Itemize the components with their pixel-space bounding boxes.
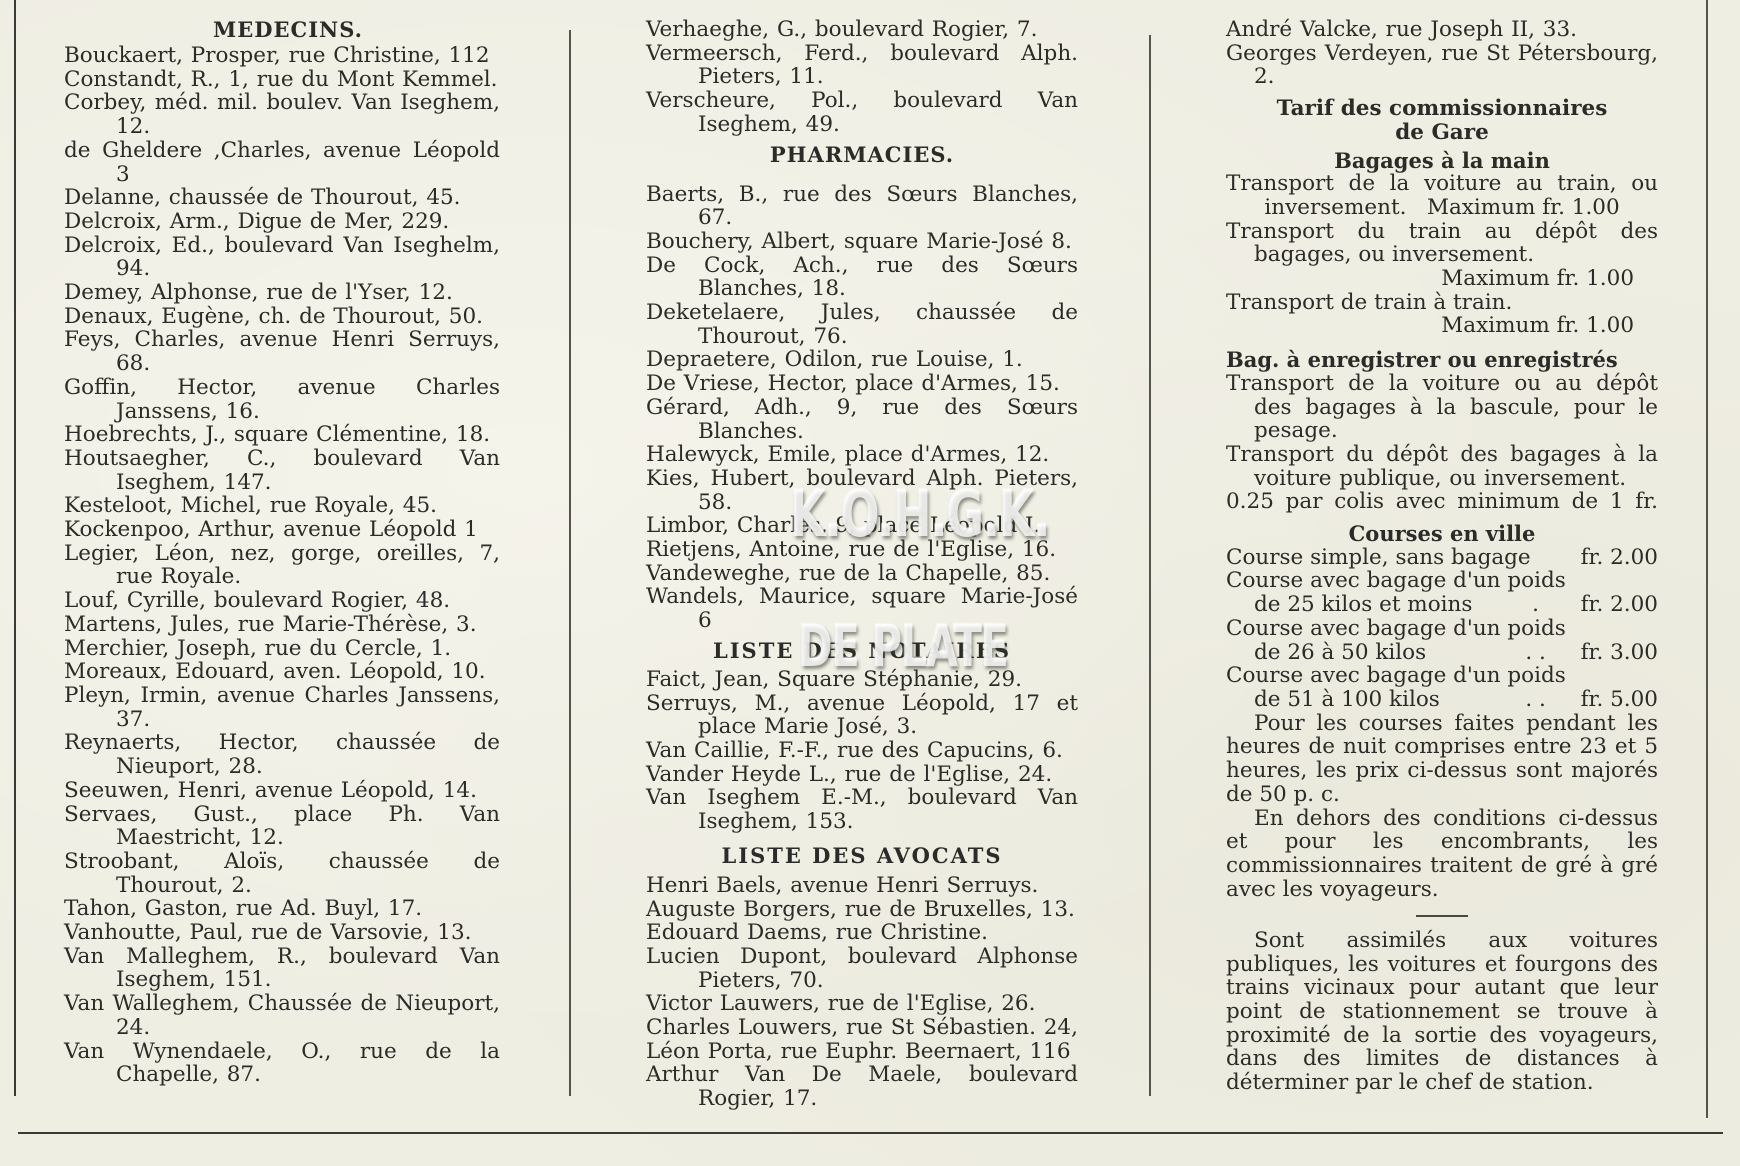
pharmacie-entry: Limbor, Charles, 9, place Léopold I. xyxy=(646,514,1078,538)
medecins-list: Bouckaert, Prosper, rue Christine, 112Co… xyxy=(64,44,500,1087)
bottom-rule xyxy=(18,1132,1723,1134)
course-label: Course avec bagage d'un poids xyxy=(1226,664,1658,688)
tarif-title-line1: Tarif des commissionnaires xyxy=(1226,97,1658,121)
course-sub: de 25 kilos et moins xyxy=(1254,593,1491,617)
medecin-entry: Van Malleghem, R., boulevard Van Iseghem… xyxy=(64,945,500,992)
course-row: Course avec bagage d'un poids de 26 à 50… xyxy=(1226,617,1658,664)
course-sub: de 26 à 50 kilos xyxy=(1254,641,1491,665)
pharmacie-entry: Rietjens, Antoine, rue de l'Eglise, 16. xyxy=(646,538,1078,562)
bagages-enreg-item: Transport de la voiture ou au dépôt des … xyxy=(1226,372,1658,443)
heading-bagages-enregistres: Bag. à enregistrer ou enregistrés xyxy=(1226,348,1658,372)
medecin-entry: Hoebrechts, J., square Clémentine, 18. xyxy=(64,423,500,447)
avocat-entry: Victor Lauwers, rue de l'Eglise, 26. xyxy=(646,992,1078,1016)
column-divider-2 xyxy=(1149,35,1151,1096)
medecin-entry: Houtsaegher, C., boulevard Van Iseghem, … xyxy=(64,447,500,494)
pharmacie-entry: De Vriese, Hector, place d'Armes, 15. xyxy=(646,372,1078,396)
medecin-entry: Kesteloot, Michel, rue Royale, 45. xyxy=(64,494,500,518)
avocat-entry: Arthur Van De Maele, boulevard Rogier, 1… xyxy=(646,1063,1078,1110)
medecins-list-continued: Verhaeghe, G., boulevard Rogier, 7.Verme… xyxy=(646,18,1078,137)
avocats-list-continued: André Valcke, rue Joseph II, 33.Georges … xyxy=(1226,18,1658,89)
section-heading-medecins: MEDECINS. xyxy=(64,18,500,42)
medecin-entry: Feys, Charles, avenue Henri Serruys, 68. xyxy=(64,328,500,375)
other-conditions-note: En dehors des conditions ci-dessus et po… xyxy=(1226,807,1658,902)
medecin-entry: Louf, Cyrille, boulevard Rogier, 48. xyxy=(64,589,500,613)
scanned-page: MEDECINS. Bouckaert, Prosper, rue Christ… xyxy=(0,0,1740,1166)
course-label: Course avec bagage d'un poids xyxy=(1226,569,1658,593)
tarif-title: Tarif des commissionnaires de Gare xyxy=(1226,97,1658,144)
heading-bagages-main: Bagages à la main xyxy=(1226,149,1658,173)
bagages-main-item: Transport de train à train. Maximum fr. … xyxy=(1226,291,1658,338)
tariff-text-cont: bagages, ou inversement. xyxy=(1226,243,1658,267)
course-label: Course avec bagage d'un poids xyxy=(1226,617,1658,641)
max-price: Maximum fr. 1.00 xyxy=(1226,267,1658,291)
assimilation-note: Sont assimilés aux voitures publiques, l… xyxy=(1226,929,1658,1095)
avocat-entry: Léon Porta, rue Euphr. Beernaert, 116 xyxy=(646,1040,1078,1064)
medecin-entry: Delanne, chaussée de Thourout, 45. xyxy=(64,186,500,210)
medecin-entry: Verscheure, Pol., boulevard Van Iseghem,… xyxy=(646,89,1078,136)
leader-dots: . . xyxy=(1491,688,1581,712)
medecin-entry: Merchier, Joseph, rue du Cercle, 1. xyxy=(64,637,500,661)
tariff-text: Transport de train à train. xyxy=(1226,291,1658,315)
medecin-entry: Denaux, Eugène, ch. de Thourout, 50. xyxy=(64,305,500,329)
notaires-list: Faict, Jean, Square Stéphanie, 29.Serruy… xyxy=(646,668,1078,834)
notaire-entry: Vander Heyde L., rue de l'Eglise, 24. xyxy=(646,763,1078,787)
course-sub: de 51 à 100 kilos xyxy=(1254,688,1491,712)
pharmacie-entry: Wandels, Maurice, square Marie-José 6 xyxy=(646,585,1078,632)
bagages-main-item: Transport de la voiture au train, ou inv… xyxy=(1226,172,1658,219)
tariff-text: Transport du train au dépôt des xyxy=(1226,220,1658,244)
medecin-entry: Demey, Alphonse, rue de l'Yser, 12. xyxy=(64,281,500,305)
tarif-title-line2: de Gare xyxy=(1226,121,1658,145)
course-price: fr. 2.00 xyxy=(1581,593,1658,617)
medecin-entry: Pleyn, Irmin, avenue Charles Janssens, 3… xyxy=(64,684,500,731)
notaire-entry: Faict, Jean, Square Stéphanie, 29. xyxy=(646,668,1078,692)
column-right: André Valcke, rue Joseph II, 33.Georges … xyxy=(1226,18,1658,1095)
right-border-rule xyxy=(1706,0,1708,1118)
pharmacie-entry: Depraetere, Odilon, rue Louise, 1. xyxy=(646,348,1078,372)
bagages-enreg-item: Transport du dépôt des bagages à la voit… xyxy=(1226,443,1658,490)
medecin-entry: Legier, Léon, nez, gorge, oreilles, 7, r… xyxy=(64,542,500,589)
section-heading-notaires: LISTE DES NOTAIRES xyxy=(646,639,1078,663)
avocat-entry: André Valcke, rue Joseph II, 33. xyxy=(1226,18,1658,42)
avocat-entry: Edouard Daems, rue Christine. xyxy=(646,921,1078,945)
pharmacies-list: Baerts, B., rue des Sœurs Blanches, 67.B… xyxy=(646,183,1078,633)
leader-dots: . xyxy=(1491,593,1581,617)
notaire-entry: Serruys, M., avenue Léopold, 17 et place… xyxy=(646,692,1078,739)
medecin-entry: Constandt, R., 1, rue du Mont Kemmel. xyxy=(64,68,500,92)
medecin-entry: Servaes, Gust., place Ph. Van Maestricht… xyxy=(64,803,500,850)
medecin-entry: Goffin, Hector, avenue Charles Janssens,… xyxy=(64,376,500,423)
medecin-entry: Vermeersch, Ferd., boulevard Alph. Piete… xyxy=(646,42,1078,89)
medecin-entry: Verhaeghe, G., boulevard Rogier, 7. xyxy=(646,18,1078,42)
course-price: fr. 5.00 xyxy=(1581,688,1658,712)
bagages-main-item: Transport du train au dépôt des bagages,… xyxy=(1226,220,1658,291)
tariff-text: Transport de la voiture au train, ou xyxy=(1226,172,1658,196)
max-price: Maximum fr. 1.00 xyxy=(1427,195,1620,220)
course-row: Course avec bagage d'un poids de 51 à 10… xyxy=(1226,664,1658,711)
max-price: Maximum fr. 1.00 xyxy=(1226,314,1658,338)
medecin-entry: Delcroix, Arm., Digue de Mer, 229. xyxy=(64,210,500,234)
left-border-rule xyxy=(14,0,16,1096)
medecin-entry: Martens, Jules, rue Marie-Thérèse, 3. xyxy=(64,613,500,637)
leader-dots: . . xyxy=(1491,641,1581,665)
avocat-entry: Lucien Dupont, boulevard Alphonse Pieter… xyxy=(646,945,1078,992)
heading-courses-en-ville: Courses en ville xyxy=(1226,522,1658,546)
avocat-entry: Henri Baels, avenue Henri Serruys. xyxy=(646,874,1078,898)
medecin-entry: Bouckaert, Prosper, rue Christine, 112 xyxy=(64,44,500,68)
pharmacie-entry: Deketelaere, Jules, chaussée de Thourout… xyxy=(646,301,1078,348)
pharmacie-entry: Gérard, Adh., 9, rue des Sœurs Blanches. xyxy=(646,396,1078,443)
medecin-entry: Van Wynendaele, O., rue de la Chapelle, … xyxy=(64,1040,500,1087)
medecin-entry: Corbey, méd. mil. boulev. Van Iseghem, 1… xyxy=(64,91,500,138)
medecin-entry: Seeuwen, Henri, avenue Léopold, 14. xyxy=(64,779,500,803)
night-surcharge-note: Pour les courses faites pendant les heur… xyxy=(1226,712,1658,807)
medecin-entry: Moreaux, Edouard, aven. Léopold, 10. xyxy=(64,660,500,684)
course-row: Course avec bagage d'un poids de 25 kilo… xyxy=(1226,569,1658,616)
pharmacie-entry: Bouchery, Albert, square Marie-José 8. xyxy=(646,230,1078,254)
notaire-entry: Van Iseghem E.-M., boulevard Van Iseghem… xyxy=(646,786,1078,833)
course-label: Course simple, sans bagage xyxy=(1226,546,1581,570)
separator-rule xyxy=(1416,915,1468,917)
course-row: Course simple, sans bagage fr. 2.00 xyxy=(1226,546,1658,570)
course-price: fr. 3.00 xyxy=(1581,641,1658,665)
medecin-entry: Van Walleghem, Chaussée de Nieuport, 24. xyxy=(64,992,500,1039)
medecin-entry: Vanhoutte, Paul, rue de Varsovie, 13. xyxy=(64,921,500,945)
tariff-text-cont: inversement. Maximum fr. 1.00 xyxy=(1226,196,1658,220)
medecin-entry: Reynaerts, Hector, chaussée de Nieuport,… xyxy=(64,731,500,778)
pharmacie-entry: Halewyck, Emile, place d'Armes, 12. xyxy=(646,443,1078,467)
pharmacie-entry: Kies, Hubert, boulevard Alph. Pieters, 5… xyxy=(646,467,1078,514)
medecin-entry: de Gheldere ,Charles, avenue Léopold 3 xyxy=(64,139,500,186)
pharmacie-entry: Vandeweghe, rue de la Chapelle, 85. xyxy=(646,562,1078,586)
course-price: fr. 2.00 xyxy=(1581,546,1658,570)
avocat-entry: Georges Verdeyen, rue St Pétersbourg, 2. xyxy=(1226,42,1658,89)
section-heading-avocats: LISTE DES AVOCATS xyxy=(646,844,1078,868)
column-divider-1 xyxy=(569,30,571,1096)
bagages-enreg-rate: 0.25 par colis avec minimum de 1 fr. xyxy=(1226,490,1658,514)
pharmacie-entry: De Cock, Ach., rue des Sœurs Blanches, 1… xyxy=(646,254,1078,301)
medecin-entry: Delcroix, Ed., boulevard Van Iseghelm, 9… xyxy=(64,234,500,281)
avocats-list: Henri Baels, avenue Henri Serruys.August… xyxy=(646,874,1078,1111)
pharmacie-entry: Baerts, B., rue des Sœurs Blanches, 67. xyxy=(646,183,1078,230)
medecin-entry: Stroobant, Aloïs, chaussée de Thourout, … xyxy=(64,850,500,897)
notaire-entry: Van Caillie, F.-F., rue des Capucins, 6. xyxy=(646,739,1078,763)
column-left: MEDECINS. Bouckaert, Prosper, rue Christ… xyxy=(64,18,500,1087)
section-heading-pharmacies: PHARMACIES. xyxy=(646,143,1078,167)
avocat-entry: Auguste Borgers, rue de Bruxelles, 13. xyxy=(646,898,1078,922)
medecin-entry: Kockenpoo, Arthur, avenue Léopold 1 xyxy=(64,518,500,542)
medecin-entry: Tahon, Gaston, rue Ad. Buyl, 17. xyxy=(64,897,500,921)
column-middle: Verhaeghe, G., boulevard Rogier, 7.Verme… xyxy=(646,18,1078,1111)
avocat-entry: Charles Louwers, rue St Sébastien. 24, xyxy=(646,1016,1078,1040)
